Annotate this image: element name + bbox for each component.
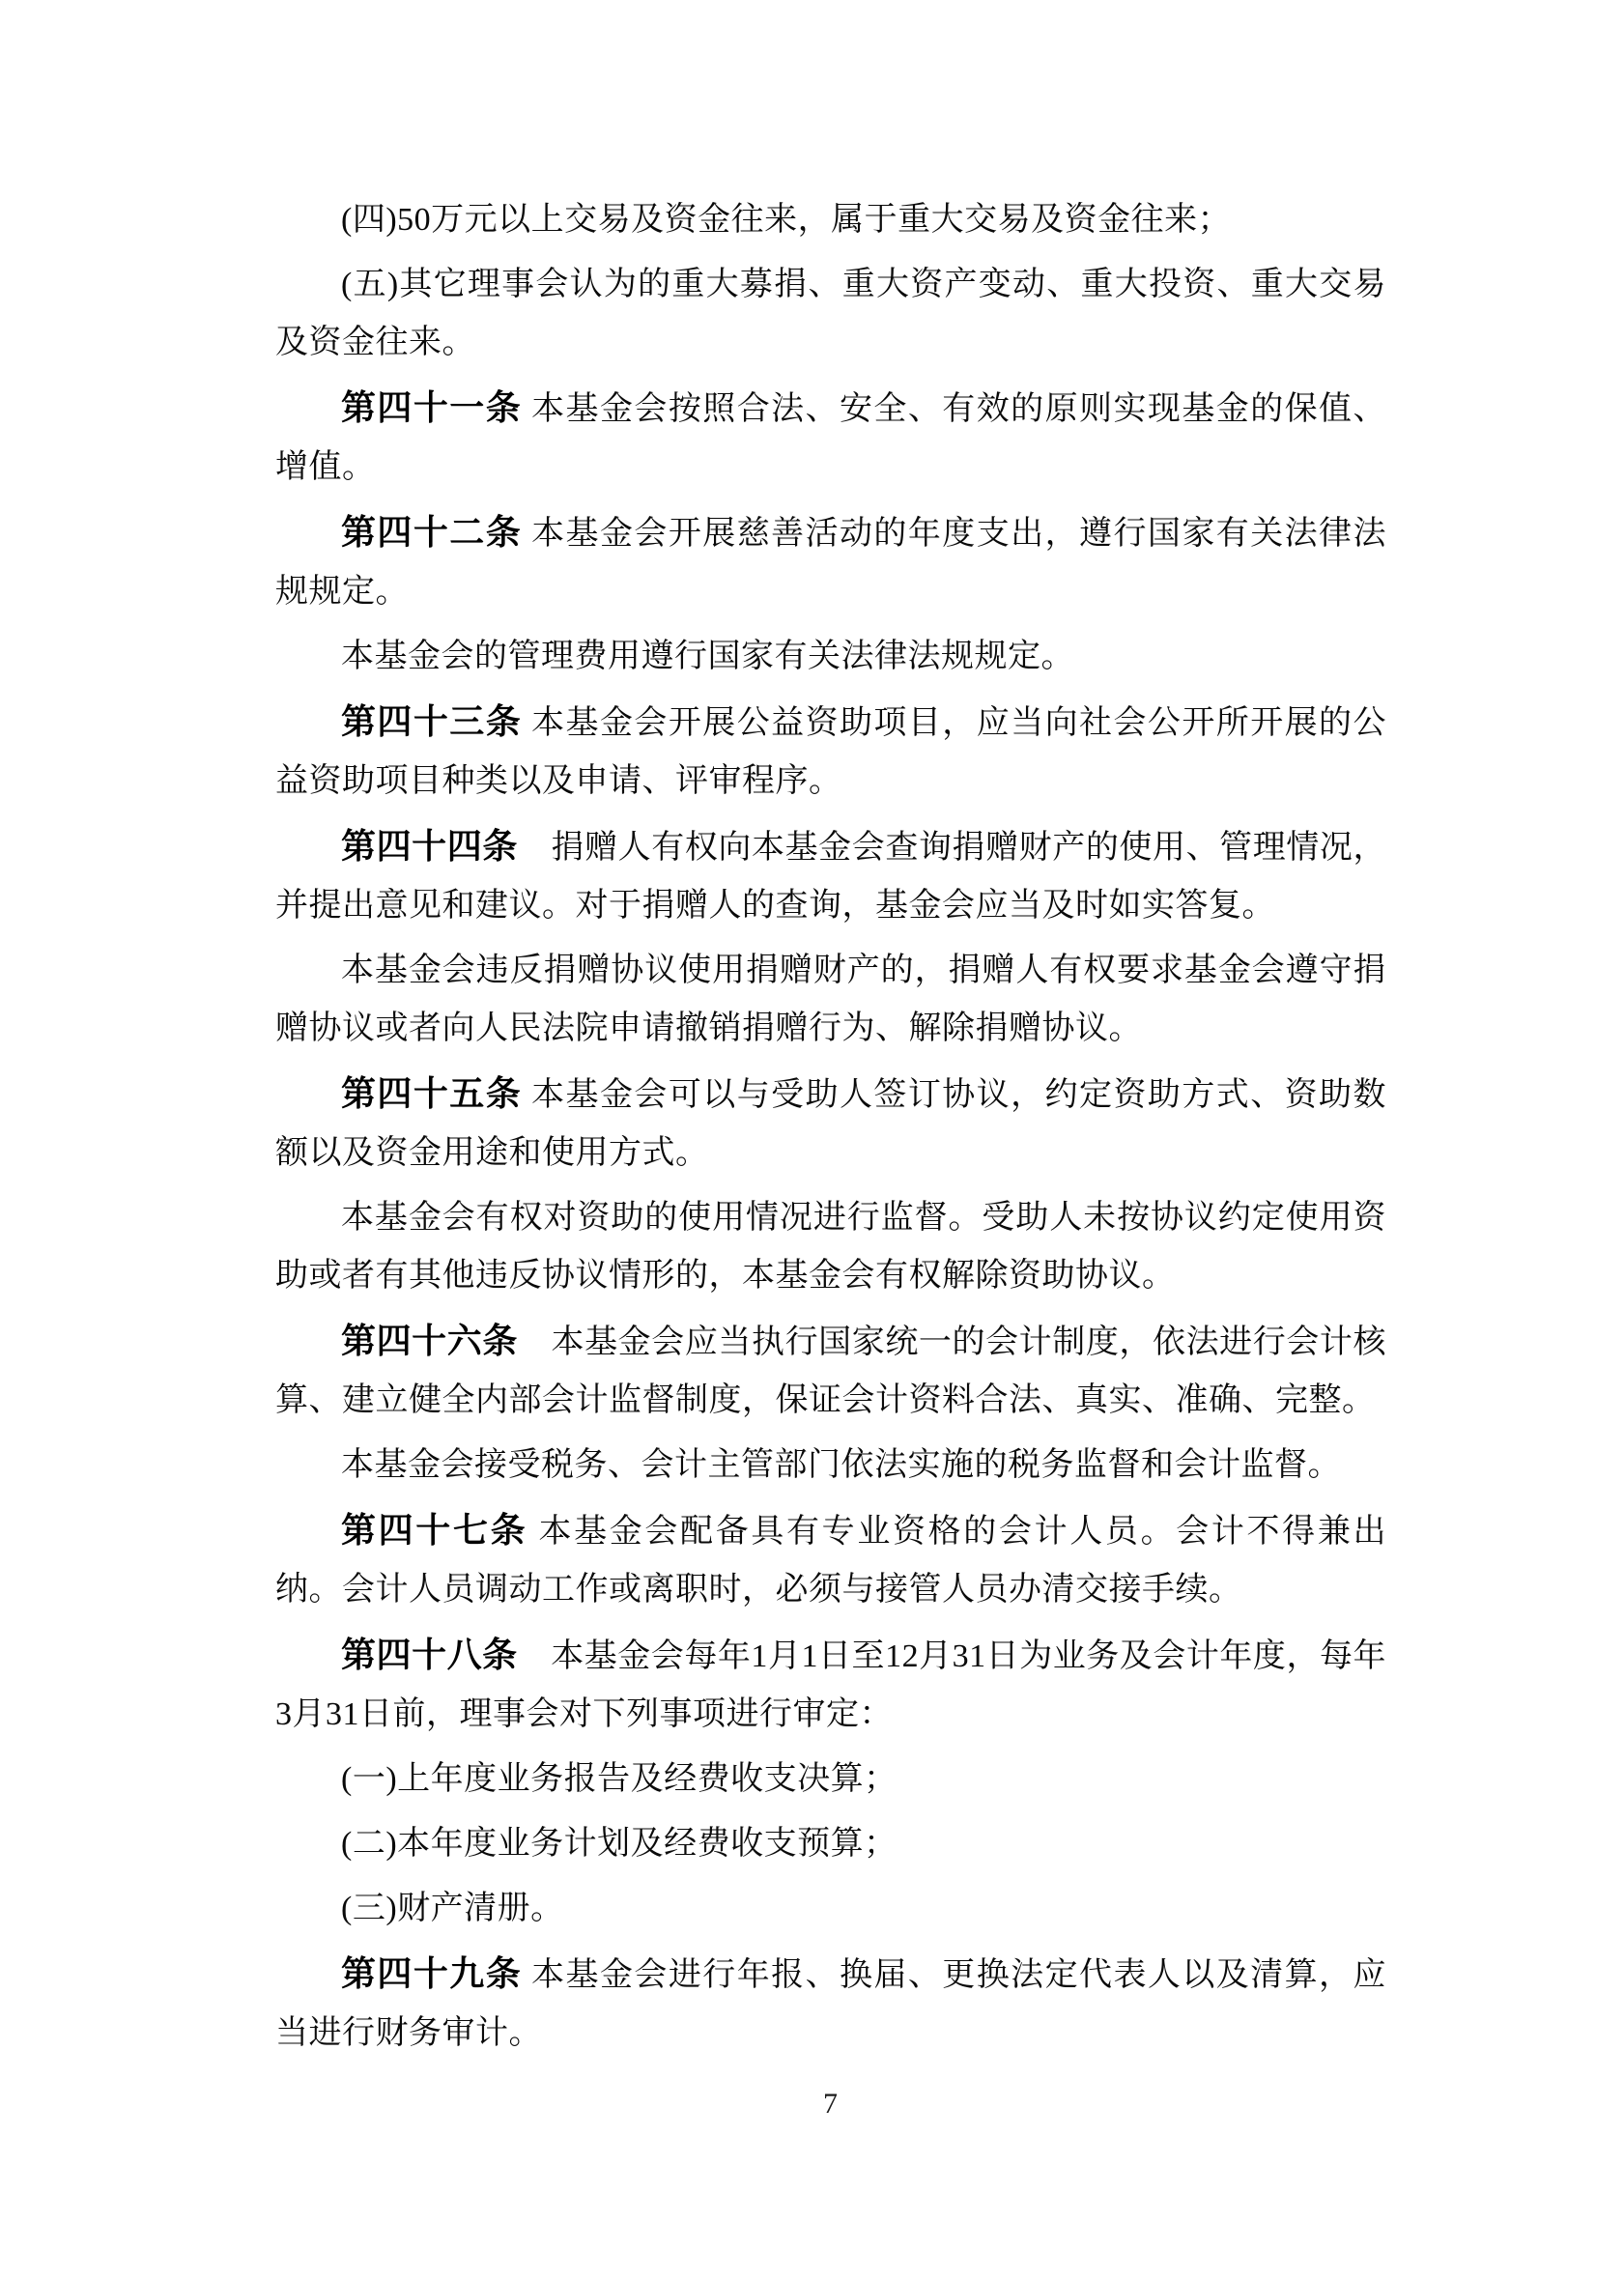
article-paragraph: 第四十五条 本基金会可以与受助人签订协议，约定资助方式、资助数额以及资金用途和使…	[275, 1065, 1386, 1182]
article-number: 第四十六条	[341, 1321, 518, 1360]
article-paragraph: 第四十四条 捐赠人有权向本基金会查询捐赠财产的使用、管理情况，并提出意见和建议。…	[275, 817, 1386, 935]
document-body: (四)50万元以上交易及资金往来，属于重大交易及资金往来；(五)其它理事会认为的…	[275, 191, 1386, 2069]
page-number: 7	[0, 2085, 1624, 2123]
article-number: 第四十八条	[341, 1635, 518, 1674]
paragraph: 本基金会的管理费用遵行国家有关法律法规规定。	[275, 628, 1386, 686]
article-paragraph: 第四十二条 本基金会开展慈善活动的年度支出，遵行国家有关法律法规规定。	[275, 503, 1386, 621]
paragraph: (一)上年度业务报告及经费收支决算；	[275, 1751, 1386, 1808]
article-number: 第四十二条	[341, 512, 522, 552]
article-number: 第四十四条	[341, 826, 518, 866]
paragraph: 本基金会有权对资助的使用情况进行监督。受助人未按协议约定使用资助或者有其他违反协…	[275, 1189, 1386, 1305]
paragraph: 本基金会接受税务、会计主管部门依法实施的税务监督和会计监督。	[275, 1437, 1386, 1495]
article-number: 第四十七条	[341, 1510, 527, 1550]
article-number: 第四十五条	[341, 1073, 522, 1113]
paragraph: (四)50万元以上交易及资金往来，属于重大交易及资金往来；	[275, 191, 1386, 249]
paragraph: (五)其它理事会认为的重大募捐、重大资产变动、重大投资、重大交易及资金往来。	[275, 256, 1386, 372]
paragraph: 本基金会违反捐赠协议使用捐赠财产的，捐赠人有权要求基金会遵守捐赠协议或者向人民法…	[275, 942, 1386, 1058]
article-number: 第四十三条	[341, 701, 522, 741]
article-paragraph: 第四十九条 本基金会进行年报、换届、更换法定代表人以及清算，应当进行财务审计。	[275, 1945, 1386, 2063]
paragraph: (三)财产清册。	[275, 1880, 1386, 1938]
article-number: 第四十九条	[341, 1953, 522, 1993]
article-paragraph: 第四十六条 本基金会应当执行国家统一的会计制度，依法进行会计核算、建立健全内部会…	[275, 1312, 1386, 1430]
article-paragraph: 第四十八条 本基金会每年1月1日至12月31日为业务及会计年度，每年3月31日前…	[275, 1626, 1386, 1744]
article-number: 第四十一条	[341, 387, 522, 427]
article-paragraph: 第四十一条 本基金会按照合法、安全、有效的原则实现基金的保值、增值。	[275, 379, 1386, 497]
article-paragraph: 第四十三条 本基金会开展公益资助项目，应当向社会公开所开展的公益资助项目种类以及…	[275, 693, 1386, 811]
paragraph: (二)本年度业务计划及经费收支预算；	[275, 1815, 1386, 1873]
article-paragraph: 第四十七条 本基金会配备具有专业资格的会计人员。会计不得兼出纳。会计人员调动工作…	[275, 1501, 1386, 1619]
